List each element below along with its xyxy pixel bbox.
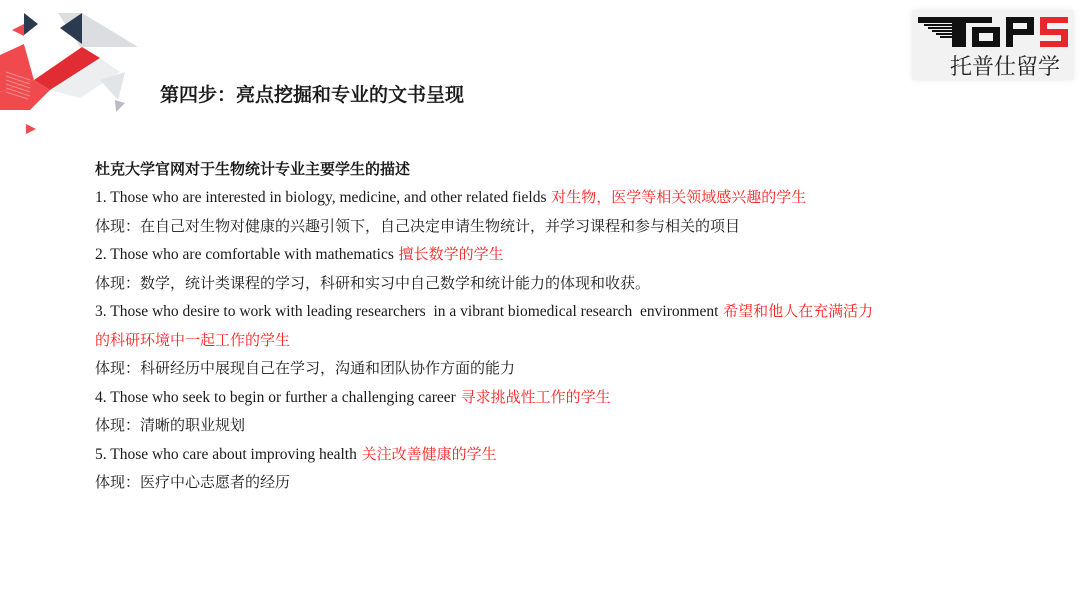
criterion-4-detail: 体现：清晰的职业规划 xyxy=(95,411,915,440)
tops-logo: 托普仕留学 xyxy=(912,10,1074,80)
criterion-5-chinese: 关注改善健康的学生 xyxy=(362,445,497,463)
criterion-2-chinese: 擅长数学的学生 xyxy=(399,245,504,263)
criterion-3-english: 3. Those who desire to work with leading… xyxy=(95,303,718,320)
criterion-1-english: 1. Those who are interested in biology, … xyxy=(95,189,547,206)
section-subheading: 杜克大学官网对于生物统计专业主要学生的描述 xyxy=(95,155,915,183)
criterion-5-english: 5. Those who care about improving health xyxy=(95,446,357,463)
criterion-4-chinese: 寻求挑战性工作的学生 xyxy=(461,388,611,406)
criterion-3-chinese-cont: 的科研环境中一起工作的学生 xyxy=(95,331,290,349)
decorative-triangles-graphic xyxy=(0,0,150,140)
criterion-3-chinese-continued: 的科研环境中一起工作的学生 xyxy=(95,326,915,355)
criterion-2-english: 2. Those who are comfortable with mathem… xyxy=(95,246,394,263)
criterion-2: 2. Those who are comfortable with mathem… xyxy=(95,240,915,269)
criterion-1: 1. Those who are interested in biology, … xyxy=(95,183,915,212)
criterion-5-detail: 体现：医疗中心志愿者的经历 xyxy=(95,468,915,497)
criterion-5: 5. Those who care about improving health… xyxy=(95,440,915,469)
page-title: 第四步：亮点挖掘和专业的文书呈现 xyxy=(160,80,464,107)
criterion-1-chinese: 对生物，医学等相关领域感兴趣的学生 xyxy=(551,188,806,206)
criterion-3: 3. Those who desire to work with leading… xyxy=(95,297,915,326)
logo-chinese-name: 托普仕留学 xyxy=(950,50,1060,81)
criterion-4-english: 4. Those who seek to begin or further a … xyxy=(95,389,456,406)
criterion-3-detail: 体现：科研经历中展现自己在学习，沟通和团队协作方面的能力 xyxy=(95,354,915,383)
criterion-2-detail: 体现：数学，统计类课程的学习，科研和实习中自己数学和统计能力的体现和收获。 xyxy=(95,269,915,298)
criterion-3-chinese: 希望和他人在充满活力 xyxy=(723,302,873,320)
content-body: 杜克大学官网对于生物统计专业主要学生的描述 1. Those who are i… xyxy=(95,155,915,497)
tops-wordmark-icon xyxy=(916,14,1072,50)
criterion-4: 4. Those who seek to begin or further a … xyxy=(95,383,915,412)
criterion-1-detail: 体现：在自己对生物对健康的兴趣引领下，自己决定申请生物统计，并学习课程和参与相关… xyxy=(95,212,915,241)
